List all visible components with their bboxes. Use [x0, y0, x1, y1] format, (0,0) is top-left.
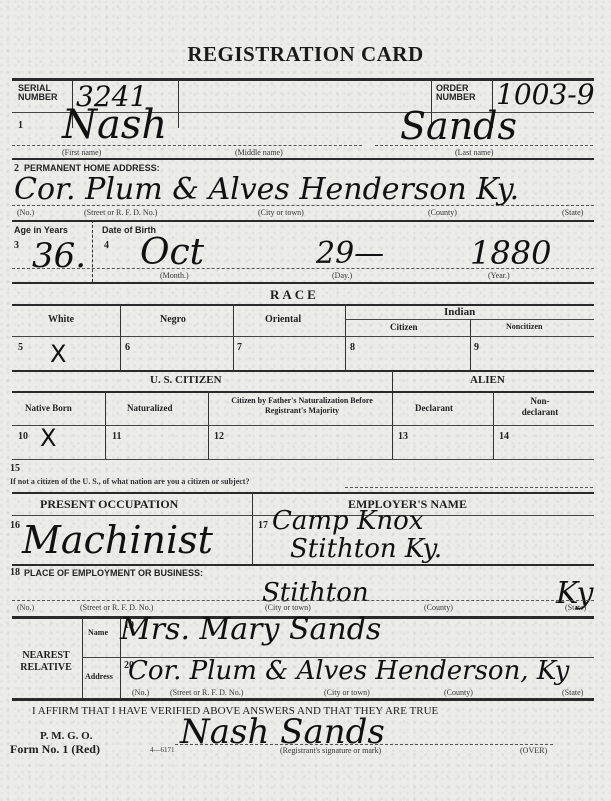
relative-caption-city: (City or town) [324, 688, 370, 697]
place-caption-no: (No.) [17, 603, 34, 612]
relative-caption-county: (County) [444, 688, 473, 697]
race-white-checkmark: X [50, 340, 66, 368]
citizen-col-native: Native Born [25, 403, 72, 413]
divider [470, 319, 471, 370]
divider [345, 487, 593, 488]
field-number: 10 [18, 431, 28, 442]
signature-caption: (Registrant's signature or mark) [280, 746, 381, 755]
registration-card: REGISTRATION CARD SERIAL NUMBER 3241 ORD… [0, 0, 611, 801]
birth-month-value: Oct [140, 232, 204, 273]
divider [12, 425, 594, 426]
divider [12, 391, 594, 393]
divider [12, 459, 594, 460]
address-caption-no: (No.) [17, 208, 34, 217]
age-value: 36. [32, 236, 86, 276]
address-caption-city: (City or town) [258, 208, 304, 217]
divider [12, 600, 594, 601]
divider [12, 370, 594, 372]
middle-name-caption: (Middle name) [235, 148, 283, 157]
divider [12, 268, 594, 269]
relative-address-value: Cor. Plum & Alves Henderson, Ky [128, 656, 569, 686]
field-number: 4 [104, 240, 109, 251]
divider [12, 564, 594, 566]
race-heading: RACE [270, 287, 319, 303]
birth-month-caption: (Month.) [160, 271, 189, 280]
employer-line2: Stithton Ky. [290, 534, 442, 564]
relative-caption-street: (Street or R. F. D. No.) [170, 688, 243, 697]
occupation-heading: PRESENT OCCUPATION [40, 497, 178, 512]
divider [12, 492, 594, 494]
field-number: 8 [350, 342, 355, 353]
relative-address-label: Address [85, 672, 113, 681]
field-number: 16 [10, 520, 20, 531]
divider [12, 282, 594, 284]
address-caption-county: (County) [428, 208, 457, 217]
place-caption-state: (State) [565, 603, 586, 612]
divider [82, 618, 83, 698]
field-number: 7 [237, 342, 242, 353]
citizen-col-father: Citizen by Father's Naturalization Befor… [218, 396, 386, 416]
divider [12, 304, 594, 306]
print-code: 4—6171 [150, 746, 175, 754]
race-col-white: White [48, 314, 74, 325]
employer-line1: Camp Knox [272, 506, 423, 536]
native-born-checkmark: X [40, 424, 56, 452]
birth-day-caption: (Day.) [332, 271, 352, 280]
divider [175, 744, 553, 745]
divider [12, 145, 362, 146]
age-label: Age in Years [14, 226, 68, 235]
divider [375, 145, 593, 146]
nation-question: If not a citizen of the U. S., of what n… [10, 477, 249, 486]
race-col-indian-citizen: Citizen [390, 322, 418, 332]
divider [233, 304, 234, 370]
race-col-indian-noncitizen: Noncitizen [506, 322, 542, 331]
first-name-value: Nash [62, 102, 167, 148]
field-number: 12 [214, 431, 224, 442]
field-number: 11 [112, 431, 121, 442]
field-number: 5 [18, 342, 23, 353]
alien-col-declarant: Declarant [415, 403, 453, 413]
occupation-value: Machinist [22, 518, 213, 562]
alien-heading: ALIEN [470, 374, 505, 386]
last-name-caption: (Last name) [455, 148, 493, 157]
divider [12, 158, 594, 160]
alien-col-nondeclarant: Non-declarant [515, 396, 565, 418]
home-address-value: Cor. Plum & Alves Henderson Ky. [14, 172, 519, 207]
race-col-oriental: Oriental [265, 314, 301, 325]
divider [120, 304, 121, 370]
divider [92, 220, 93, 282]
address-caption-street: (Street or R. F. D. No.) [84, 208, 157, 217]
address-caption-state: (State) [562, 208, 583, 217]
us-citizen-heading: U. S. CITIZEN [150, 374, 222, 386]
form-number: Form No. 1 (Red) [10, 742, 100, 757]
relative-caption-no: (No.) [132, 688, 149, 697]
last-name-value: Sands [400, 104, 517, 148]
divider [12, 220, 594, 222]
place-caption-street: (Street or R. F. D. No.) [80, 603, 153, 612]
divider [12, 205, 594, 206]
place-caption-city: (City or town) [265, 603, 311, 612]
first-name-caption: (First name) [62, 148, 101, 157]
field-number: 14 [499, 431, 509, 442]
relative-name-label: Name [88, 628, 108, 637]
field-number: 1 [18, 120, 23, 131]
field-number: 17 [258, 520, 268, 531]
relative-name-value: Mrs. Mary Sands [120, 612, 381, 647]
nearest-relative-label: NEAREST RELATIVE [16, 650, 76, 674]
serial-number-label: SERIAL NUMBER [18, 84, 72, 102]
race-col-indian: Indian [444, 306, 475, 318]
birth-year-value: 1880 [470, 234, 551, 272]
divider [345, 304, 346, 370]
relative-caption-state: (State) [562, 688, 583, 697]
race-col-negro: Negro [160, 314, 186, 325]
over-caption: (OVER) [520, 746, 547, 755]
divider [12, 336, 594, 337]
birth-year-caption: (Year.) [488, 271, 510, 280]
divider [252, 492, 253, 564]
divider [178, 80, 179, 128]
field-number: 18 [10, 567, 20, 578]
field-number: 15 [10, 463, 20, 474]
field-number: 13 [398, 431, 408, 442]
field-number: 9 [474, 342, 479, 353]
field-number: 3 [14, 240, 19, 251]
order-number-label: ORDER NUMBER [436, 84, 492, 102]
divider [12, 698, 594, 701]
field-number: 6 [125, 342, 130, 353]
card-title: REGISTRATION CARD [0, 42, 611, 67]
citizen-col-naturalized: Naturalized [127, 403, 173, 413]
divider [392, 371, 393, 459]
place-of-employment-label: PLACE OF EMPLOYMENT OR BUSINESS: [24, 569, 203, 578]
place-caption-county: (County) [424, 603, 453, 612]
form-agency: P. M. G. O. [40, 730, 92, 742]
birth-day-value: 29— [316, 236, 384, 271]
